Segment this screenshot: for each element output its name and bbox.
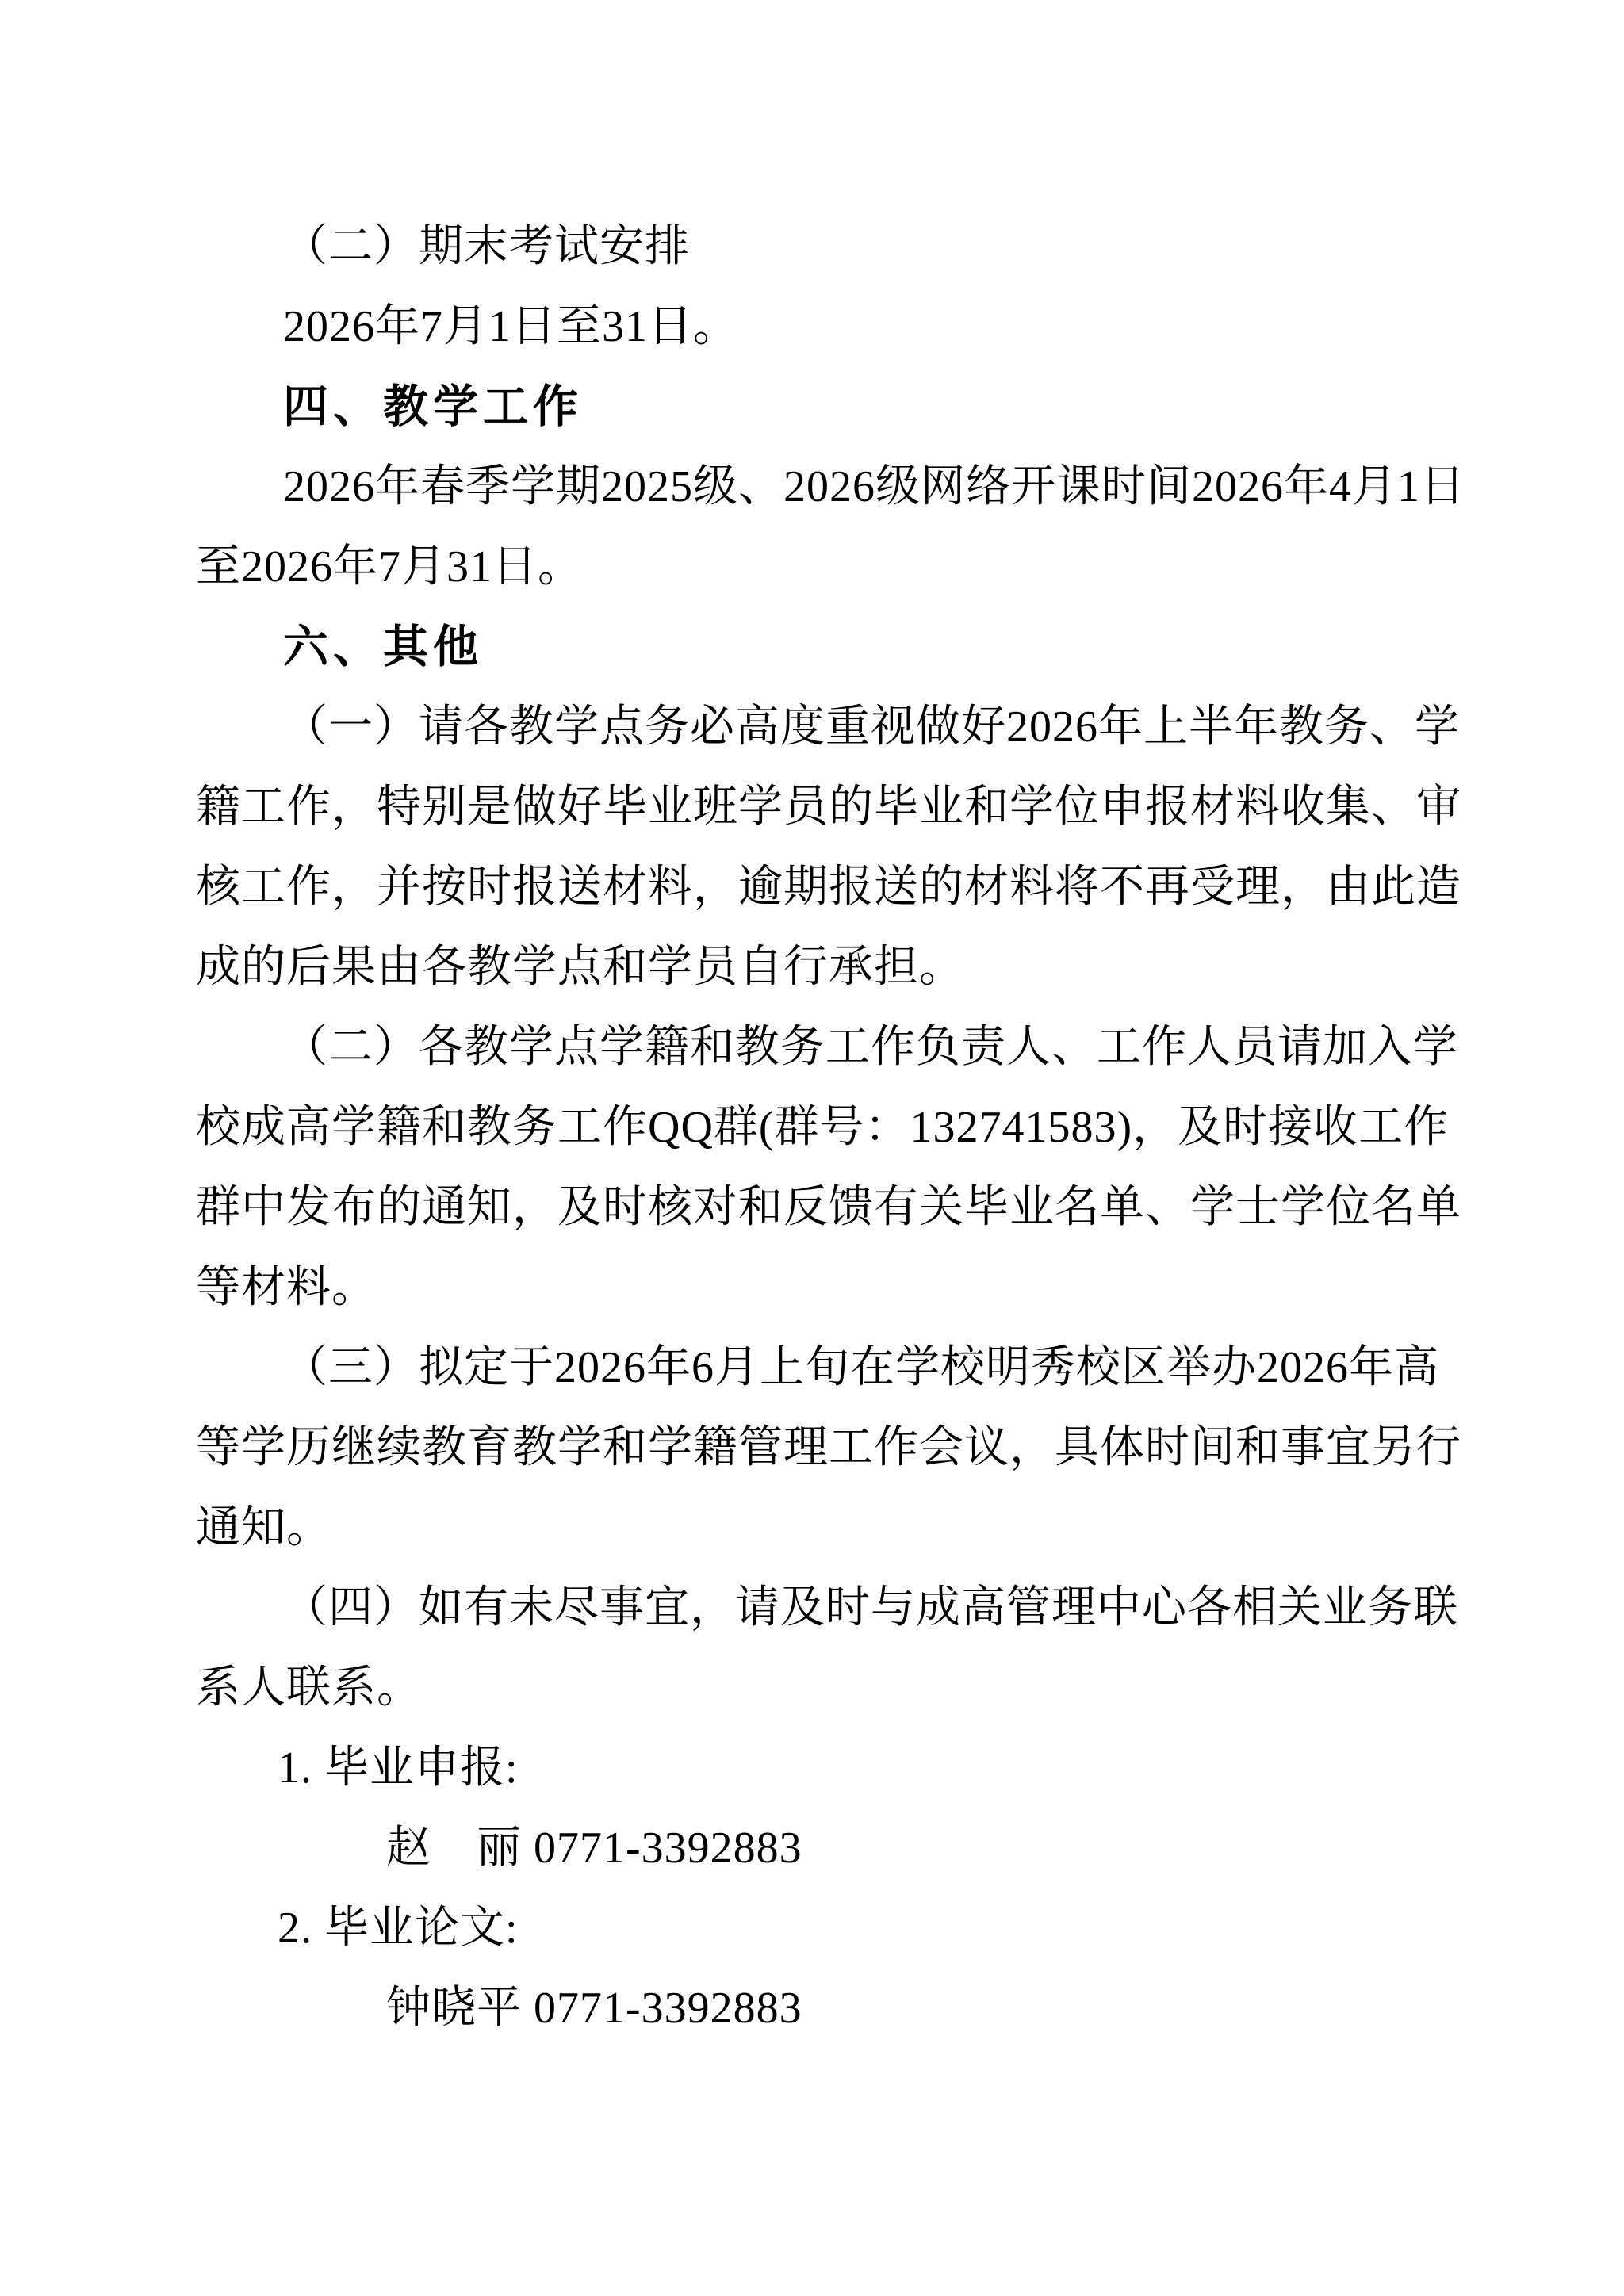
item-4-paragraph-line-2: 系人联系。 — [196, 1648, 1427, 1728]
item-2-paragraph-line-2: 校成高学籍和教务工作QQ群(群号：132741583)，及时接收工作 — [196, 1088, 1427, 1168]
contact-graduation-thesis: 钟晓平 0771-3392883 — [196, 1969, 1427, 2049]
item-3-paragraph-line-3: 通知。 — [196, 1488, 1427, 1568]
item-1-paragraph-line-4: 成的后果由各教学点和学员自行承担。 — [196, 928, 1427, 1008]
document-text-block: （二）期末考试安排 2026年7月1日至31日。 四、教学工作 2026年春季学… — [196, 207, 1427, 2049]
exam-period-date: 2026年7月1日至31日。 — [196, 287, 1427, 367]
item-2-paragraph-line-3: 群中发布的通知，及时核对和反馈有关毕业名单、学士学位名单 — [196, 1168, 1427, 1248]
item-1-paragraph-line-3: 核工作，并按时报送材料，逾期报送的材料将不再受理，由此造 — [196, 848, 1427, 928]
list-item-graduation-application: 1. 毕业申报: — [196, 1728, 1427, 1808]
item-2-paragraph-line-4: 等材料。 — [196, 1248, 1427, 1328]
contact-graduation-application: 赵 丽 0771-3392883 — [196, 1808, 1427, 1888]
subheading-final-exam-arrangement: （二）期末考试安排 — [196, 207, 1427, 287]
item-1-paragraph-line-1: （一）请各教学点务必高度重视做好2026年上半年教务、学 — [196, 687, 1427, 767]
document-page: （二）期末考试安排 2026年7月1日至31日。 四、教学工作 2026年春季学… — [0, 0, 1624, 2296]
item-3-paragraph-line-1: （三）拟定于2026年6月上旬在学校明秀校区举办2026年高 — [196, 1328, 1427, 1408]
item-1-paragraph-line-2: 籍工作，特别是做好毕业班学员的毕业和学位申报材料收集、审 — [196, 767, 1427, 848]
section-heading-teaching-work: 四、教学工作 — [196, 367, 1427, 447]
teaching-paragraph-line-1: 2026年春季学期2025级、2026级网络开课时间2026年4月1日 — [196, 447, 1427, 527]
list-item-graduation-thesis: 2. 毕业论文: — [196, 1888, 1427, 1969]
item-2-paragraph-line-1: （二）各教学点学籍和教务工作负责人、工作人员请加入学 — [196, 1008, 1427, 1088]
teaching-paragraph-line-2: 至2026年7月31日。 — [196, 527, 1427, 607]
section-heading-others: 六、其他 — [196, 607, 1427, 687]
item-3-paragraph-line-2: 等学历继续教育教学和学籍管理工作会议，具体时间和事宜另行 — [196, 1408, 1427, 1488]
item-4-paragraph-line-1: （四）如有未尽事宜，请及时与成高管理中心各相关业务联 — [196, 1568, 1427, 1648]
